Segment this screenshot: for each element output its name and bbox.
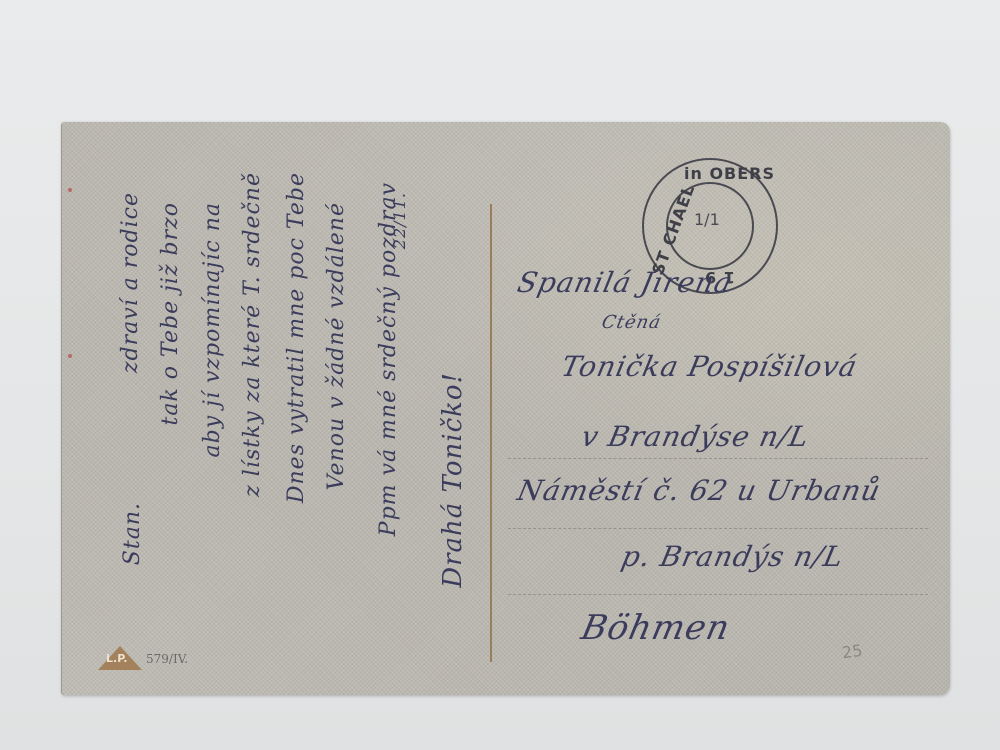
message-line: aby jí vzpomínajíc na <box>200 202 225 457</box>
edge-mark <box>68 188 72 192</box>
address-salutation: Ctěná <box>600 312 663 333</box>
message-greeting: Drahá Toničko! <box>438 372 468 588</box>
address-town: v Brandýse n/L <box>578 420 812 453</box>
postmark-date: 1/1 <box>694 210 720 229</box>
message-line: Venou v žádné vzdálené <box>324 202 349 490</box>
publisher-logo-text: L.P. <box>106 652 127 665</box>
address-line <box>508 594 928 595</box>
address-sender-line: Spanilá Jirena <box>514 266 735 299</box>
address-post-office: p. Brandýs n/L <box>618 540 846 573</box>
message-line: zdraví a rodice <box>118 192 143 373</box>
message-line: Ppm vá mné srdečný pozdrav <box>376 182 401 536</box>
pencil-note: 25 <box>841 641 864 663</box>
postmark-top-text: in OBERS <box>684 164 775 183</box>
message-signature: Stan. <box>120 502 145 565</box>
address-country: Böhmen <box>578 608 734 648</box>
address-recipient: Tonička Pospíšilová <box>558 350 860 383</box>
postcard: in OBERS ST CHAEL 1 9 1/1 22/11. Drahá T… <box>62 122 950 695</box>
address-street: Náměstí č. 62 u Urbanů <box>514 474 883 507</box>
postcard-divider-line <box>490 204 492 662</box>
address-line <box>508 458 928 459</box>
message-line: z lístky za které T. srdečně <box>240 172 265 497</box>
edge-mark <box>68 354 72 358</box>
publisher-series-number: 579/IV. <box>146 652 188 666</box>
publisher-logo: L.P. <box>98 646 142 670</box>
address-line <box>508 528 928 529</box>
message-line: Dnes vytratil mne poc Tebe <box>284 172 309 503</box>
message-line: tak o Tebe již brzo <box>158 202 183 425</box>
